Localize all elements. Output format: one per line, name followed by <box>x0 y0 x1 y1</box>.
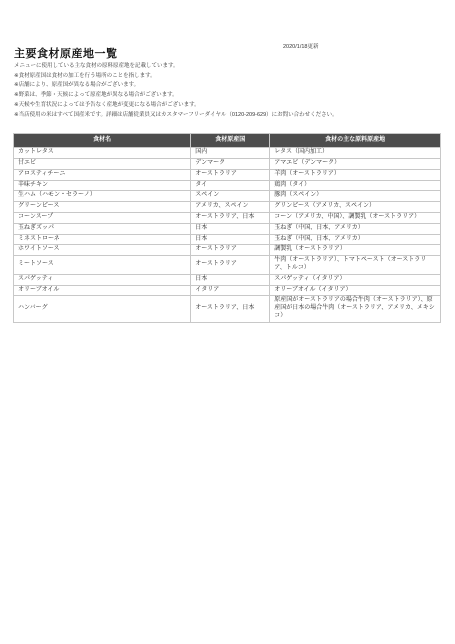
cell-source-origin: アマエビ（デンマーク） <box>270 158 441 169</box>
note-line: メニューに使用している主な食材の原料原産地を記載しています。 <box>14 62 434 72</box>
cell-source-origin: グリンピース（アメリカ、スペイン） <box>270 202 441 213</box>
table-row: オリーブオイル イタリア オリーブオイル（イタリア） <box>14 285 441 296</box>
cell-source-origin: 調製乳（オーストラリア） <box>270 245 441 256</box>
ingredient-origin-table: 食材名 食材原産国 食材の主な原料原産地 カットレタス 国内 レタス（国内加工）… <box>13 133 441 323</box>
note-line: ※店舗により、原産国が異なる場合がございます。 <box>14 81 434 91</box>
header-cell-source-origin: 食材の主な原料原産地 <box>270 134 441 148</box>
table-row: 玉ねぎズッパ 日本 玉ねぎ（中国、日本、アメリカ） <box>14 223 441 234</box>
cell-origin-country: オーストラリア <box>191 169 270 180</box>
cell-source-origin: 玉ねぎ（中国、日本、アメリカ） <box>270 223 441 234</box>
cell-source-origin: 鶏肉（タイ） <box>270 180 441 191</box>
cell-origin-country: 日本 <box>191 234 270 245</box>
table-row: 生ハム（ハモン・セラーノ） スペイン 豚肉（スペイン） <box>14 191 441 202</box>
cell-source-origin: スパゲッティ（イタリア） <box>270 274 441 285</box>
note-line: ※野菜は、季節・天候によって原産地が異なる場合がございます。 <box>14 91 434 101</box>
table-row: カットレタス 国内 レタス（国内加工） <box>14 148 441 159</box>
cell-origin-country: オーストラリア、日本 <box>191 296 270 322</box>
cell-source-origin: 羊肉（オーストラリア） <box>270 169 441 180</box>
cell-ingredient-name: 甘エビ <box>14 158 191 169</box>
cell-origin-country: イタリア <box>191 285 270 296</box>
document-page: 主要食材原産地一覧 2020/1/18更新 メニューに使用している主な食材の原料… <box>0 0 455 644</box>
table-row: ホワイトソース オーストラリア 調製乳（オーストラリア） <box>14 245 441 256</box>
cell-source-origin: 原産国がオーストラリアの場合牛肉（オーストラリア）、原産国が日本の場合牛肉（オー… <box>270 296 441 322</box>
page-title: 主要食材原産地一覧 <box>14 45 118 61</box>
header-cell-origin-country: 食材原産国 <box>191 134 270 148</box>
note-line: ※食材原産国は食材の加工を行う場所のことを指します。 <box>14 72 434 82</box>
cell-ingredient-name: アロスティチーニ <box>14 169 191 180</box>
table-row: ミートソース オーストラリア 牛肉（オーストラリア）、トマトペースト（オーストラ… <box>14 256 441 275</box>
table-row: 辛味チキン タイ 鶏肉（タイ） <box>14 180 441 191</box>
cell-origin-country: 日本 <box>191 223 270 234</box>
header-cell-ingredient-name: 食材名 <box>14 134 191 148</box>
cell-origin-country: 国内 <box>191 148 270 159</box>
notes-list: メニューに使用している主な食材の原料原産地を記載しています。 ※食材原産国は食材… <box>14 62 434 120</box>
cell-source-origin: レタス（国内加工） <box>270 148 441 159</box>
cell-origin-country: オーストラリア、日本 <box>191 212 270 223</box>
table-row: アロスティチーニ オーストラリア 羊肉（オーストラリア） <box>14 169 441 180</box>
cell-origin-country: オーストラリア <box>191 245 270 256</box>
update-date: 2020/1/18更新 <box>283 42 318 50</box>
table-row: 甘エビ デンマーク アマエビ（デンマーク） <box>14 158 441 169</box>
cell-ingredient-name: スパゲッティ <box>14 274 191 285</box>
cell-origin-country: 日本 <box>191 274 270 285</box>
cell-origin-country: スペイン <box>191 191 270 202</box>
cell-ingredient-name: オリーブオイル <box>14 285 191 296</box>
cell-origin-country: デンマーク <box>191 158 270 169</box>
table-row: ミネストローネ 日本 玉ねぎ（中国、日本、アメリカ） <box>14 234 441 245</box>
note-line: ※当店使用の米はすべて国産米です。詳細は店舗従業員又はカスタマーフリーダイヤル（… <box>14 111 434 121</box>
cell-ingredient-name: ハンバーグ <box>14 296 191 322</box>
cell-ingredient-name: コーンスープ <box>14 212 191 223</box>
cell-source-origin: 豚肉（スペイン） <box>270 191 441 202</box>
cell-ingredient-name: グリーンピース <box>14 202 191 213</box>
cell-source-origin: 牛肉（オーストラリア）、トマトペースト（オーストラリア、トルコ） <box>270 256 441 275</box>
table-header-row: 食材名 食材原産国 食材の主な原料原産地 <box>14 134 441 148</box>
cell-ingredient-name: 生ハム（ハモン・セラーノ） <box>14 191 191 202</box>
cell-ingredient-name: 玉ねぎズッパ <box>14 223 191 234</box>
cell-origin-country: オーストラリア <box>191 256 270 275</box>
cell-ingredient-name: ホワイトソース <box>14 245 191 256</box>
table-row: ハンバーグ オーストラリア、日本 原産国がオーストラリアの場合牛肉（オーストラリ… <box>14 296 441 322</box>
cell-ingredient-name: ミートソース <box>14 256 191 275</box>
cell-origin-country: タイ <box>191 180 270 191</box>
note-line: ※天候や生育状況によっては予告なく産地が変更になる場合がございます。 <box>14 101 434 111</box>
cell-source-origin: 玉ねぎ（中国、日本、アメリカ） <box>270 234 441 245</box>
cell-ingredient-name: 辛味チキン <box>14 180 191 191</box>
table-row: グリーンピース アメリカ、スペイン グリンピース（アメリカ、スペイン） <box>14 202 441 213</box>
cell-source-origin: オリーブオイル（イタリア） <box>270 285 441 296</box>
cell-source-origin: コーン（アメリカ、中国）、調製乳（オーストラリア） <box>270 212 441 223</box>
table-row: スパゲッティ 日本 スパゲッティ（イタリア） <box>14 274 441 285</box>
cell-ingredient-name: ミネストローネ <box>14 234 191 245</box>
cell-origin-country: アメリカ、スペイン <box>191 202 270 213</box>
table-row: コーンスープ オーストラリア、日本 コーン（アメリカ、中国）、調製乳（オーストラ… <box>14 212 441 223</box>
cell-ingredient-name: カットレタス <box>14 148 191 159</box>
